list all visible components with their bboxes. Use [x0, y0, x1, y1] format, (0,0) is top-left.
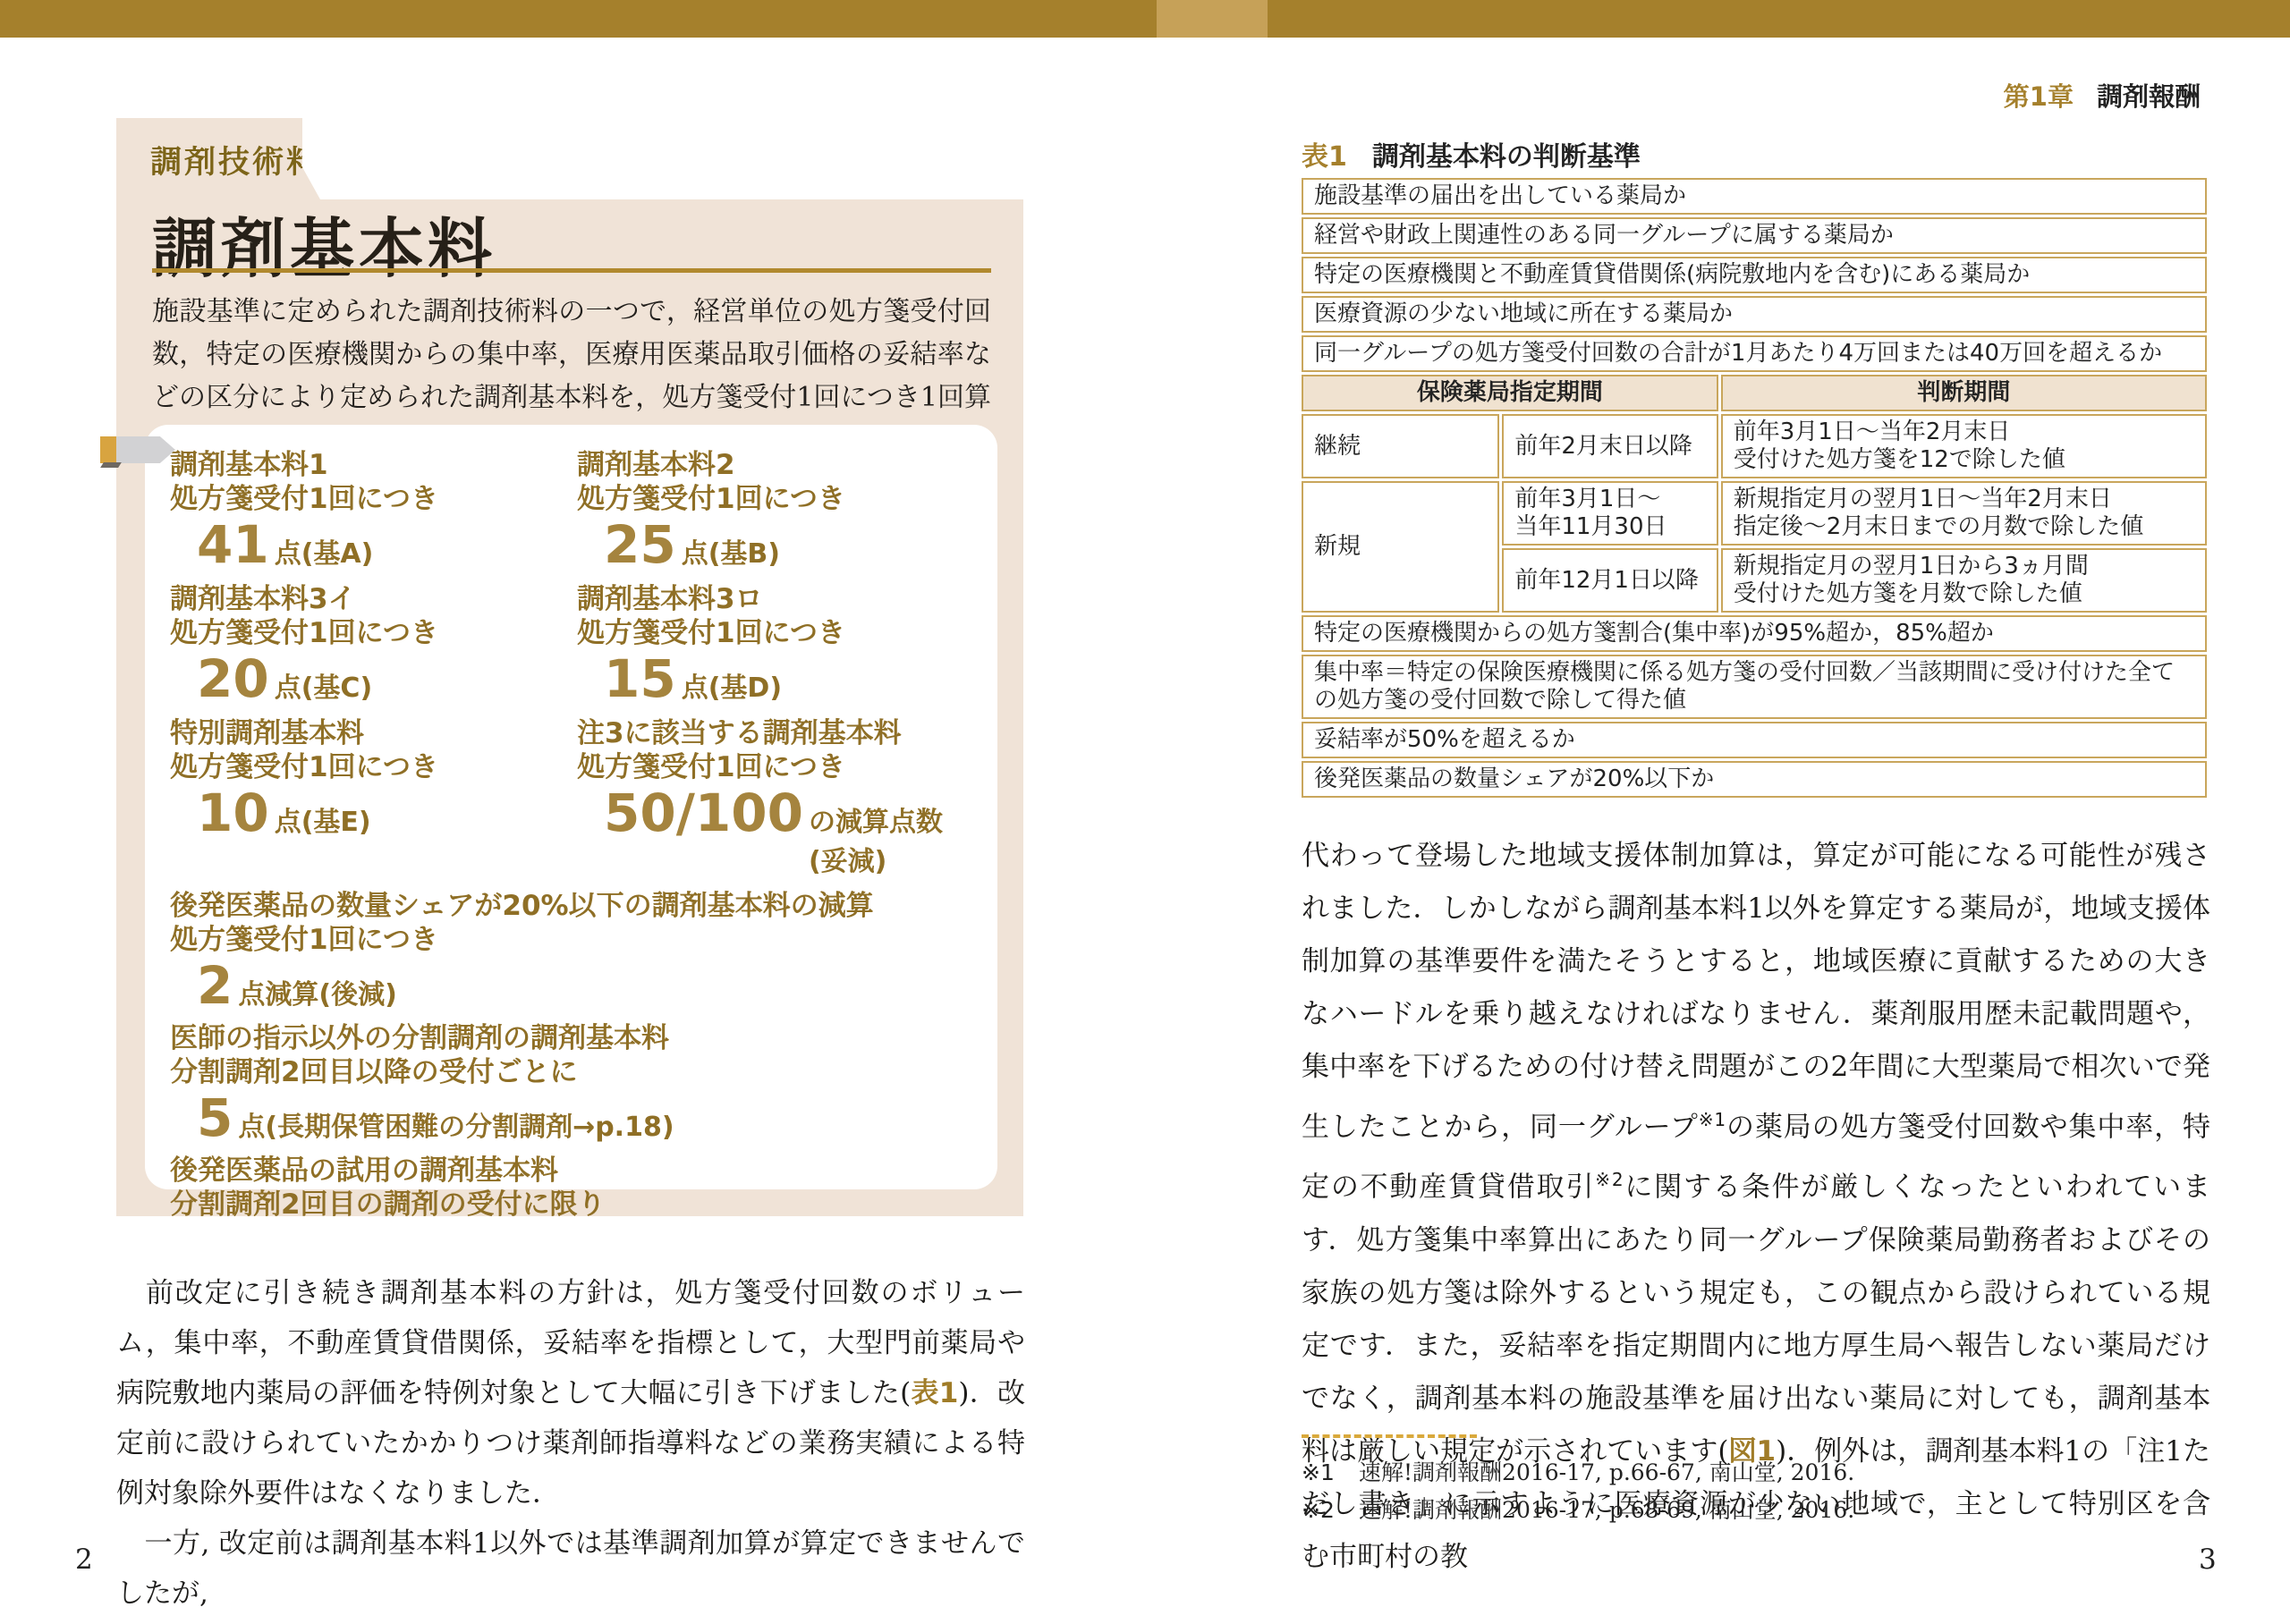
fee-points: 25: [604, 518, 676, 571]
fee-condition: 分割調剤2回目以降の受付ごとに: [170, 1055, 971, 1089]
judgement-criteria-table: 施設基準の届出を出している薬局か 経営や財政上関連性のある同一グループに属する薬…: [1299, 175, 2209, 800]
fee-condition: 処方箋受付1回につき: [170, 482, 577, 516]
fee-name: 調剤基本料3ロ: [577, 582, 971, 616]
fee-value: 5 点(長期保管困難の分割調剤→p.18): [197, 1091, 971, 1145]
table-cell: 経営や財政上関連性のある同一グループに属する薬局か: [1302, 217, 2207, 254]
fee-item: 医師の指示以外の分割調剤の調剤基本料 分割調剤2回目以降の受付ごとに 5 点(長…: [170, 1021, 971, 1145]
table-cell: 施設基準の届出を出している薬局か: [1302, 178, 2207, 215]
table-cell: 特定の医療機関からの処方箋割合(集中率)が95%超か，85%超か: [1302, 615, 2207, 652]
table-cell: 新規: [1302, 481, 1499, 613]
bookmark-icon: [100, 436, 177, 470]
fee-condition: 処方箋受付1回につき: [170, 923, 971, 957]
fee-condition: 分割調剤2回目の調剤の受付に限り: [170, 1188, 971, 1222]
column-header: 判断期間: [1721, 375, 2207, 411]
table-cell: 特定の医療機関と不動産賃貸借関係(病院敷地内を含む)にある薬局か: [1302, 257, 2207, 293]
bookmark-gold-part: [100, 436, 118, 463]
fee-points: 41: [197, 518, 269, 571]
fee-name: 調剤基本料3イ: [170, 582, 577, 616]
fee-item: 後発医薬品の数量シェアが20%以下の調剤基本料の減算 処方箋受付1回につき 2 …: [170, 889, 971, 1012]
fee-points: 50/100: [604, 786, 803, 840]
fee-points: 10: [197, 786, 269, 840]
fee-name: 調剤基本料2: [577, 448, 971, 482]
fee-points: 2: [197, 959, 233, 1012]
title-rule: [152, 268, 991, 273]
fee-value: 15 点(基D): [604, 652, 971, 706]
paragraph: 一方, 改定前は調剤基本料1以外では基準調剤加算が算定できませんでしたが,: [116, 1518, 1025, 1619]
fee-condition: 処方箋受付1回につき: [577, 750, 971, 784]
table-title-text: 調剤基本料の判断基準: [1372, 141, 1641, 173]
running-header: 第1章調剤報酬: [2004, 77, 2201, 114]
fee-points: 15: [604, 652, 676, 706]
fee-item: 後発医薬品の試用の調剤基本料 分割調剤2回目の調剤の受付に限り 5 点(後発医薬…: [170, 1154, 971, 1277]
table-cell: 前年3月1日～当年2月末日 受付けた処方箋を12で除した値: [1721, 414, 2207, 478]
section-tab-label: 調剤技術料: [150, 138, 320, 182]
table-cell: 妥結率が50%を超えるか: [1302, 722, 2207, 758]
fee-item: 特別調剤基本料 処方箋受付1回につき 10 点(基E): [170, 716, 577, 887]
fee-points: 20: [197, 652, 269, 706]
table-cell: 前年3月1日～ 当年11月30日: [1502, 481, 1717, 546]
table-caption: 表1調剤基本料の判断基準: [1302, 134, 1641, 173]
chapter-label: 第1章: [2004, 81, 2074, 112]
footnote-mark: ※2: [1302, 1492, 1359, 1529]
left-feature-panel: 調剤技術料 調剤基本料 施設基準に定められた調剤技術料の一つで，経営単位の処方箋…: [116, 118, 1023, 1216]
table-cell: 新規指定月の翌月1日から3ヵ月間 受付けた処方箋を月数で除した値: [1721, 548, 2207, 613]
fee-condition: 処方箋受付1回につき: [170, 750, 577, 784]
fee-value: 50/100 の減算点数(妥減): [604, 786, 971, 878]
table-cell: 前年12月1日以降: [1502, 548, 1717, 613]
table-row: 集中率＝特定の保険医療機関に係る処方箋の受付回数／当該期間に受け付けた全ての処方…: [1302, 655, 2207, 719]
page-title: 調剤基本料: [152, 197, 496, 290]
table-cell: 後発医薬品の数量シェアが20%以下か: [1302, 761, 2207, 798]
body-run: 前改定に引き続き調剤基本料の方針は，処方箋受付回数のボリューム，集中率，不動産賃…: [116, 1277, 1025, 1409]
bookmark-shadow: [100, 462, 122, 468]
footnote-divider: [1302, 1434, 1477, 1438]
cell-line: 前年3月1日～当年2月末日: [1734, 419, 2194, 446]
fee-condition: 処方箋受付1回につき: [577, 482, 971, 516]
table-cell: 集中率＝特定の保険医療機関に係る処方箋の受付回数／当該期間に受け付けた全ての処方…: [1302, 655, 2207, 719]
bookmark-flag-part: [116, 436, 175, 463]
paragraph: 前改定に引き続き調剤基本料の方針は，処方箋受付回数のボリューム，集中率，不動産賃…: [116, 1268, 1025, 1518]
table-row: 医療資源の少ない地域に所在する薬局か: [1302, 296, 2207, 333]
fee-summary-box: 調剤基本料1 処方箋受付1回につき 41 点(基A) 調剤基本料2 処方箋受付1…: [145, 425, 997, 1189]
fee-name: 医師の指示以外の分割調剤の調剤基本料: [170, 1021, 971, 1055]
fee-points: 5: [197, 1091, 233, 1145]
fee-name: 調剤基本料1: [170, 448, 577, 482]
fee-name: 後発医薬品の試用の調剤基本料: [170, 1154, 971, 1188]
cell-line: 前年3月1日～: [1514, 486, 1705, 513]
fee-item: 注3に該当する調剤基本料 処方箋受付1回につき 50/100 の減算点数(妥減): [577, 716, 971, 887]
footnote-marker: ※1: [1699, 1109, 1726, 1130]
fee-unit: 点(基B): [676, 531, 780, 571]
fee-unit: 点(基E): [269, 799, 371, 839]
cell-line: 新規指定月の翌月1日～当年2月末日: [1734, 486, 2194, 513]
table-row: 施設基準の届出を出している薬局か: [1302, 178, 2207, 215]
footnote-line: ※2 速解!調剤報酬2016-17, p.68-69, 南山堂, 2016.: [1302, 1492, 1854, 1529]
fee-condition: 処方箋受付1回につき: [170, 616, 577, 650]
fee-value: 25 点(基B): [604, 518, 971, 571]
table-row: 後発医薬品の数量シェアが20%以下か: [1302, 761, 2207, 798]
body-run: 代わって登場した地域支援体制加算は，算定が可能になる可能性が残されました．しかし…: [1302, 840, 2210, 1143]
cell-line: 指定後～2月末日までの月数で除した値: [1734, 513, 2194, 541]
top-band: [0, 0, 2290, 38]
book-spread: 第1章調剤報酬 調剤技術料 調剤基本料 施設基準に定められた調剤技術料の一つで，…: [0, 0, 2290, 1624]
fee-item: 調剤基本料1 処方箋受付1回につき 41 点(基A): [170, 448, 577, 580]
fee-item: 調剤基本料2 処方箋受付1回につき 25 点(基B): [577, 448, 971, 580]
table-row: 特定の医療機関からの処方箋割合(集中率)が95%超か，85%超か: [1302, 615, 2207, 652]
fee-unit: 点(長期保管困難の分割調剤→p.18): [233, 1104, 674, 1144]
fee-value: 10 点(基E): [197, 786, 577, 840]
table-label: 表1: [1302, 141, 1347, 173]
top-band-gutter: [1157, 0, 1268, 38]
cell-line: 受付けた処方箋を12で除した値: [1734, 446, 2194, 474]
table-cell: 同一グループの処方箋受付回数の合計が1月あたり4万回または40万回を超えるか: [1302, 335, 2207, 372]
fee-unit: 点減算(後減): [233, 972, 396, 1011]
fee-item: 調剤基本料3イ 処方箋受付1回につき 20 点(基C): [170, 582, 577, 715]
fee-item: 調剤基本料3ロ 処方箋受付1回につき 15 点(基D): [577, 582, 971, 715]
fee-value: 20 点(基C): [197, 652, 577, 706]
table-header-row: 保険薬局指定期間 判断期間: [1302, 375, 2207, 411]
table-row: 継続 前年2月末日以降 前年3月1日～当年2月末日 受付けた処方箋を12で除した…: [1302, 414, 2207, 478]
footnote-line: ※1 速解!調剤報酬2016-17, p.66-67, 南山堂, 2016.: [1302, 1454, 1854, 1492]
left-body-text: 前改定に引き続き調剤基本料の方針は，処方箋受付回数のボリューム，集中率，不動産賃…: [116, 1268, 1025, 1619]
table-cell: 医療資源の少ない地域に所在する薬局か: [1302, 296, 2207, 333]
fee-condition: 処方箋受付1回につき: [577, 616, 971, 650]
table-cell: 継続: [1302, 414, 1499, 478]
body-run: に関する条件が厳しくなったといわれています．処方箋集中率算出にあたり同一グループ…: [1302, 1171, 2210, 1468]
table-ref: 表1: [911, 1377, 958, 1409]
fee-name: 注3に該当する調剤基本料: [577, 716, 971, 750]
fee-grid: 調剤基本料1 処方箋受付1回につき 41 点(基A) 調剤基本料2 処方箋受付1…: [170, 448, 971, 889]
footnote-mark: ※1: [1302, 1454, 1359, 1492]
fee-unit: 点(基D): [676, 665, 782, 705]
fee-unit: 点(基A): [269, 531, 374, 571]
cell-line: 新規指定月の翌月1日から3ヵ月間: [1734, 553, 2194, 580]
fee-value: 2 点減算(後減): [197, 959, 971, 1012]
footnote-text: 速解!調剤報酬2016-17, p.66-67, 南山堂, 2016.: [1359, 1454, 1854, 1492]
fee-unit: の減算点数(妥減): [803, 799, 971, 878]
footnote-text: 速解!調剤報酬2016-17, p.68-69, 南山堂, 2016.: [1359, 1492, 1854, 1529]
chapter-title: 調剤報酬: [2097, 81, 2201, 112]
page-number-right: 3: [2199, 1544, 2217, 1576]
fee-unit: 点(基C): [269, 665, 372, 705]
fee-name: 特別調剤基本料: [170, 716, 577, 750]
footnote-marker: ※2: [1595, 1169, 1623, 1190]
fee-name: 後発医薬品の数量シェアが20%以下の調剤基本料の減算: [170, 889, 971, 923]
fee-value: 41 点(基A): [197, 518, 577, 571]
cell-line: 受付けた処方箋を月数で除した値: [1734, 580, 2194, 608]
cell-line: 当年11月30日: [1514, 513, 1705, 541]
footnotes: ※1 速解!調剤報酬2016-17, p.66-67, 南山堂, 2016. ※…: [1302, 1454, 1854, 1529]
table-cell: 新規指定月の翌月1日～当年2月末日 指定後～2月末日までの月数で除した値: [1721, 481, 2207, 546]
column-header: 保険薬局指定期間: [1302, 375, 1718, 411]
table-row: 妥結率が50%を超えるか: [1302, 722, 2207, 758]
table-row: 経営や財政上関連性のある同一グループに属する薬局か: [1302, 217, 2207, 254]
table-row: 特定の医療機関と不動産賃貸借関係(病院敷地内を含む)にある薬局か: [1302, 257, 2207, 293]
page-number-left: 2: [75, 1544, 93, 1576]
table-row: 新規 前年3月1日～ 当年11月30日 新規指定月の翌月1日～当年2月末日 指定…: [1302, 481, 2207, 546]
table-row: 同一グループの処方箋受付回数の合計が1月あたり4万回または40万回を超えるか: [1302, 335, 2207, 372]
table-cell: 前年2月末日以降: [1502, 414, 1717, 478]
